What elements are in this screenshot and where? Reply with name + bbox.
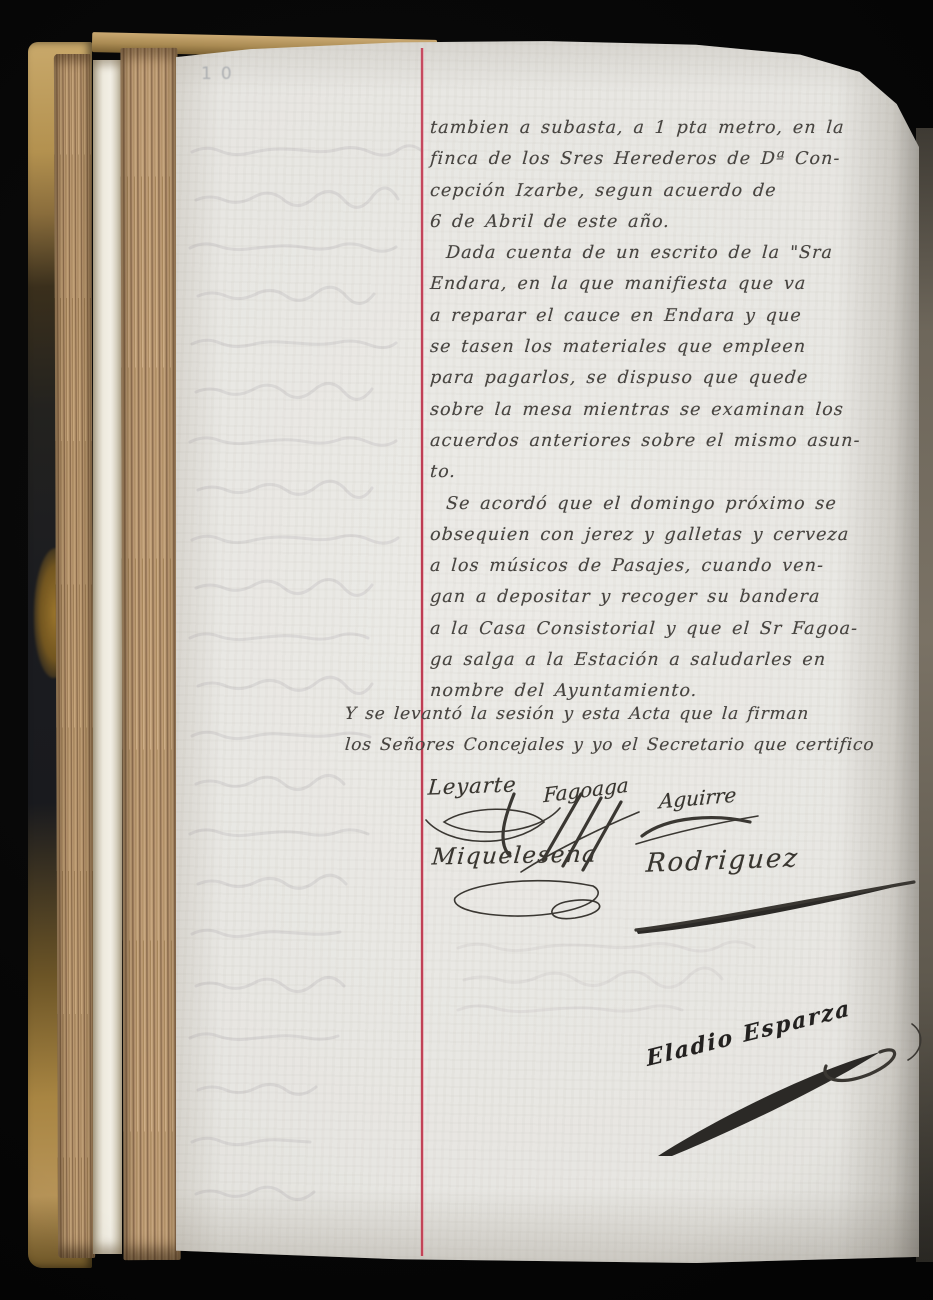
signature-flourish-rodriguez xyxy=(630,876,922,938)
page-edge-stack-outer xyxy=(54,54,95,1258)
manuscript-closing: Y se levantó la sesión y esta Acta que l… xyxy=(345,699,874,761)
manuscript-line: Y se levantó la sesión y esta Acta que l… xyxy=(344,699,875,730)
page-edge-white-strip xyxy=(93,60,122,1254)
manuscript-line: a la Casa Consistorial y que el Sr Fagoa… xyxy=(429,614,862,645)
manuscript-line: obsequien con jerez y galletas y cerveza xyxy=(429,520,862,551)
signature-flourish-fagoaga xyxy=(515,788,645,876)
manuscript-line: para pagarlos, se dispuso que quede xyxy=(429,363,862,394)
signature-flourish-aguirre xyxy=(632,806,762,852)
manuscript-line: cepción Izarbe, segun acuerdo de xyxy=(429,176,862,207)
manuscript-line: acuerdos anteriores sobre el mismo asun- xyxy=(429,426,862,457)
page-edge-stack-inner xyxy=(120,48,180,1260)
manuscript-line: los Señores Concejales y yo el Secretari… xyxy=(344,730,875,761)
manuscript-line: a los músicos de Pasajes, cuando ven- xyxy=(429,551,862,582)
manuscript-line: tambien a subasta, a 1 pta metro, en la xyxy=(429,113,862,144)
book-photo: 10 tambien a subasta, a 1 pta metro, en … xyxy=(0,0,933,1300)
signature-flourish-secretary xyxy=(628,1008,930,1170)
manuscript-line: Endara, en la que manifiesta que va xyxy=(429,269,862,300)
signature-flourish-miquelesena xyxy=(445,872,620,930)
manuscript-line: gan a depositar y recoger su bandera xyxy=(429,582,862,613)
manuscript-line: finca de los Sres Herederos de Dª Con- xyxy=(429,144,862,175)
manuscript-line: Dada cuenta de un escrito de la "Sra xyxy=(429,238,862,269)
show-through-scribbles xyxy=(186,130,432,1250)
manuscript-body: tambien a subasta, a 1 pta metro, en la … xyxy=(430,113,861,708)
margin-rule xyxy=(421,48,423,1256)
page-number: 10 xyxy=(201,64,241,84)
manuscript-line: to. xyxy=(429,457,862,488)
manuscript-line: se tasen los materiales que empleen xyxy=(429,332,862,363)
manuscript-line: a reparar el cauce en Endara y que xyxy=(429,301,862,332)
manuscript-line: 6 de Abril de este año. xyxy=(429,207,862,238)
manuscript-line: Se acordó que el domingo próximo se xyxy=(429,489,862,520)
manuscript-line: ga salga a la Estación a saludarles en xyxy=(429,645,862,676)
manuscript-line: sobre la mesa mientras se examinan los xyxy=(429,395,862,426)
